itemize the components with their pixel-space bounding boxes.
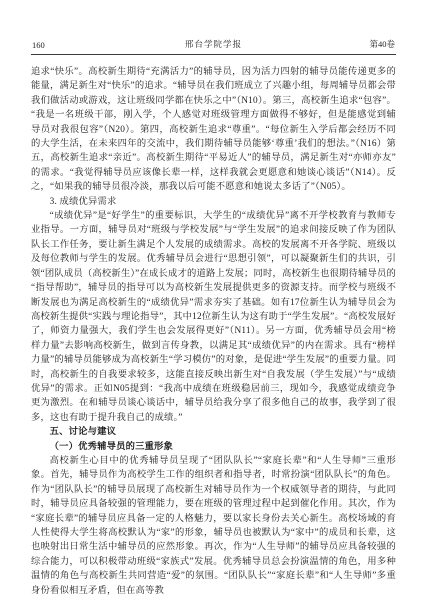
paragraph-needs-continuation: 追求“快乐”。高校新生期待“充满活力”的辅导员，因为活力四射的辅导员能传递更多的…: [31, 65, 396, 195]
page-header: 160 邢台学院学报 第40卷: [31, 38, 396, 54]
subitem-heading-achievement-need: 3. 成绩优异需求: [31, 195, 396, 209]
page-number: 160: [32, 40, 92, 50]
paragraph-triple-image: 高校新生心目中的优秀辅导员呈现了“团队队长”“家庭长辈”和“人生导师”三重形象。…: [31, 454, 396, 598]
subsection-heading-triple-image: （一）优秀辅导员的三重形象: [31, 440, 396, 454]
journal-title: 邢台学院学报: [92, 38, 335, 50]
paragraph-achievement-need: “成绩优异”是“好学生”的重要标识，大学生的“成绩优异”离不开学校教育与教师专业…: [31, 209, 396, 425]
article-body: 追求“快乐”。高校新生期待“充满活力”的辅导员，因为活力四射的辅导员能传递更多的…: [31, 65, 396, 598]
section-heading-discussion: 五、讨论与建议: [31, 425, 396, 439]
header-divider: [31, 54, 396, 55]
volume-label: 第40卷: [335, 38, 395, 50]
journal-page: 160 邢台学院学报 第40卷 追求“快乐”。高校新生期待“充满活力”的辅导员，…: [0, 0, 427, 603]
